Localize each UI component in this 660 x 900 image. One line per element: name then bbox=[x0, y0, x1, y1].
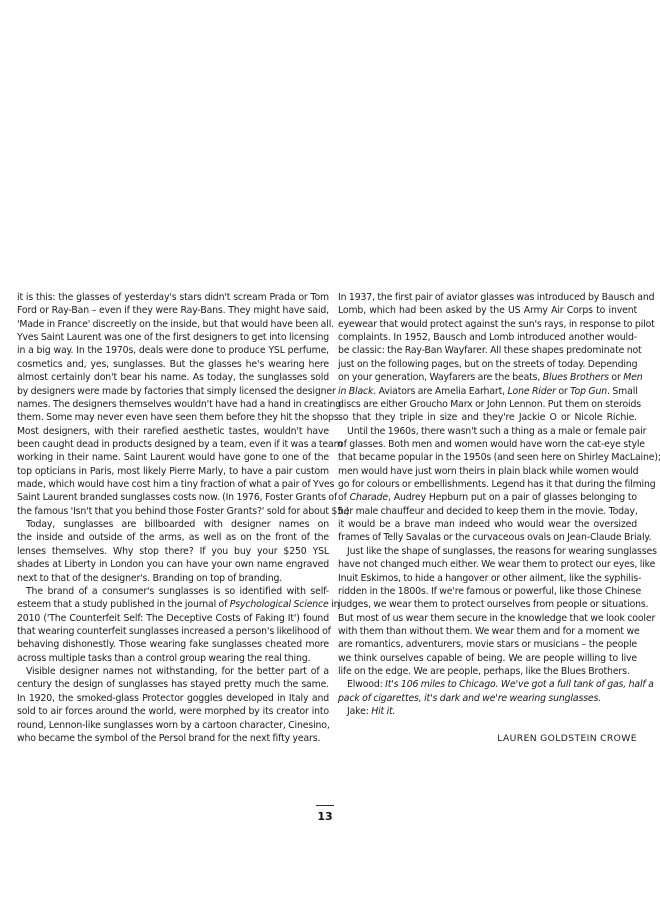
text-line: just on the following pages, but on the … bbox=[338, 358, 637, 371]
text-line: next to that of the designer's. Branding… bbox=[17, 572, 329, 585]
text-line: working in their name. Saint Laurent wou… bbox=[17, 451, 329, 464]
text-line: round, Lennon-like sunglasses worn by a … bbox=[17, 719, 329, 732]
text-line: pack of cigarettes, it's dark and we're … bbox=[338, 692, 637, 705]
text-line: on your generation, Wayfarers are the be… bbox=[338, 371, 637, 384]
page-number: 13 bbox=[300, 810, 350, 823]
article-left-column: it is this: the glasses of yesterday's s… bbox=[17, 291, 329, 745]
text-line: In 1937, the first pair of aviator glass… bbox=[338, 291, 637, 304]
text-line: of glasses. Both men and women would hav… bbox=[338, 438, 637, 451]
page-number-rule bbox=[316, 805, 334, 806]
text-line: frames of Telly Savalas or the curvaceou… bbox=[338, 531, 637, 544]
text-line: Just like the shape of sunglasses, the r… bbox=[338, 545, 637, 558]
article-right-column: In 1937, the first pair of aviator glass… bbox=[338, 291, 637, 745]
text-line: The brand of a consumer's sunglasses is … bbox=[17, 585, 329, 598]
text-line: we think ourselves capable of being. We … bbox=[338, 652, 637, 665]
text-line: judges, we wear them to protect ourselve… bbox=[338, 598, 637, 611]
text-line: top opticians in Paris, most likely Pier… bbox=[17, 465, 329, 478]
text-line: century the design of sunglasses has sta… bbox=[17, 678, 329, 691]
text-line: cosmetics and, yes, sunglasses. But the … bbox=[17, 358, 329, 371]
text-line: complaints. In 1952, Bausch and Lomb int… bbox=[338, 331, 637, 344]
text-line: it is this: the glasses of yesterday's s… bbox=[17, 291, 329, 304]
text-line: who became the symbol of the Persol bran… bbox=[17, 732, 329, 745]
text-line: behaving dishonestly. Those wearing fake… bbox=[17, 638, 329, 651]
text-line: life on the edge. We are people, perhaps… bbox=[338, 665, 637, 678]
text-line: be classic: the Ray-Ban Wayfarer. All th… bbox=[338, 344, 637, 357]
text-line: that became popular in the 1950s (and se… bbox=[338, 451, 637, 464]
text-line: Lomb, which had been asked by the US Arm… bbox=[338, 304, 637, 317]
text-line: in a big way. In the 1970s, deals were d… bbox=[17, 344, 329, 357]
text-line: ridden in the 1800s. If we're famous or … bbox=[338, 585, 637, 598]
text-line: by designers were made by factories that… bbox=[17, 385, 329, 398]
text-line: names. The designers themselves wouldn't… bbox=[17, 398, 329, 411]
text-line: it would be a brave man indeed who would… bbox=[338, 518, 637, 531]
text-line: Elwood: It's 106 miles to Chicago. We've… bbox=[338, 678, 637, 691]
text-line: made, which would have cost him a tiny f… bbox=[17, 478, 329, 491]
text-line: discs are either Groucho Marx or John Le… bbox=[338, 398, 637, 411]
text-line: so that they triple in size and they're … bbox=[338, 411, 637, 424]
text-line: Jake: Hit it. bbox=[338, 705, 637, 718]
text-line: Today, sunglasses are billboarded with d… bbox=[17, 518, 329, 531]
text-line: eyewear that would protect against the s… bbox=[338, 318, 637, 331]
text-line: them. Some may never even have seen them… bbox=[17, 411, 329, 424]
text-line: the inside and outside of the arms, as w… bbox=[17, 531, 329, 544]
text-line: shades at Liberty in London you can have… bbox=[17, 558, 329, 571]
text-line: Until the 1960s, there wasn't such a thi… bbox=[338, 425, 637, 438]
text-line: sold to air forces around the world, wer… bbox=[17, 705, 329, 718]
text-line: Inuit Eskimos, to hide a hangover or oth… bbox=[338, 572, 637, 585]
text-line: Ford or Ray-Ban – even if they were Ray-… bbox=[17, 304, 329, 317]
text-line: Saint Laurent branded sunglasses costs n… bbox=[17, 491, 329, 504]
text-line: Most designers, with their rarefied aest… bbox=[17, 425, 329, 438]
text-line: men would have just worn theirs in plain… bbox=[338, 465, 637, 478]
text-line: in Black. Aviators are Amelia Earhart, L… bbox=[338, 385, 637, 398]
text-line: are romantics, adventurers, movie stars … bbox=[338, 638, 637, 651]
text-line: esteem that a study published in the jou… bbox=[17, 598, 329, 611]
blank-image-area bbox=[0, 0, 660, 290]
text-line: go for colours or embellishments. Legend… bbox=[338, 478, 637, 491]
text-line: 'Made in France' discreetly on the insid… bbox=[17, 318, 329, 331]
text-line: Visible designer names not withstanding,… bbox=[17, 665, 329, 678]
text-line: In 1920, the smoked-glass Protector gogg… bbox=[17, 692, 329, 705]
text-line: the famous 'Isn't that you behind those … bbox=[17, 505, 329, 518]
text-line: across multiple tasks than a control gro… bbox=[17, 652, 329, 665]
text-line: with them than without them. We wear the… bbox=[338, 625, 637, 638]
text-line: have not changed much either. We wear th… bbox=[338, 558, 637, 571]
text-line: almost certainly don't bear his name. As… bbox=[17, 371, 329, 384]
text-line: But most of us wear them secure in the k… bbox=[338, 612, 637, 625]
text-line: Yves Saint Laurent was one of the first … bbox=[17, 331, 329, 344]
text-line: lenses themselves. Why stop there? If yo… bbox=[17, 545, 329, 558]
text-line: been caught dead in products designed by… bbox=[17, 438, 329, 451]
text-line: her male chauffeur and decided to keep t… bbox=[338, 505, 637, 518]
author-byline: LAUREN GOLDSTEIN CROWE bbox=[338, 732, 637, 745]
text-line: that wearing counterfeit sunglasses incr… bbox=[17, 625, 329, 638]
text-line: of Charade, Audrey Hepburn put on a pair… bbox=[338, 491, 637, 504]
text-line: 2010 ('The Counterfeit Self: The Decepti… bbox=[17, 612, 329, 625]
